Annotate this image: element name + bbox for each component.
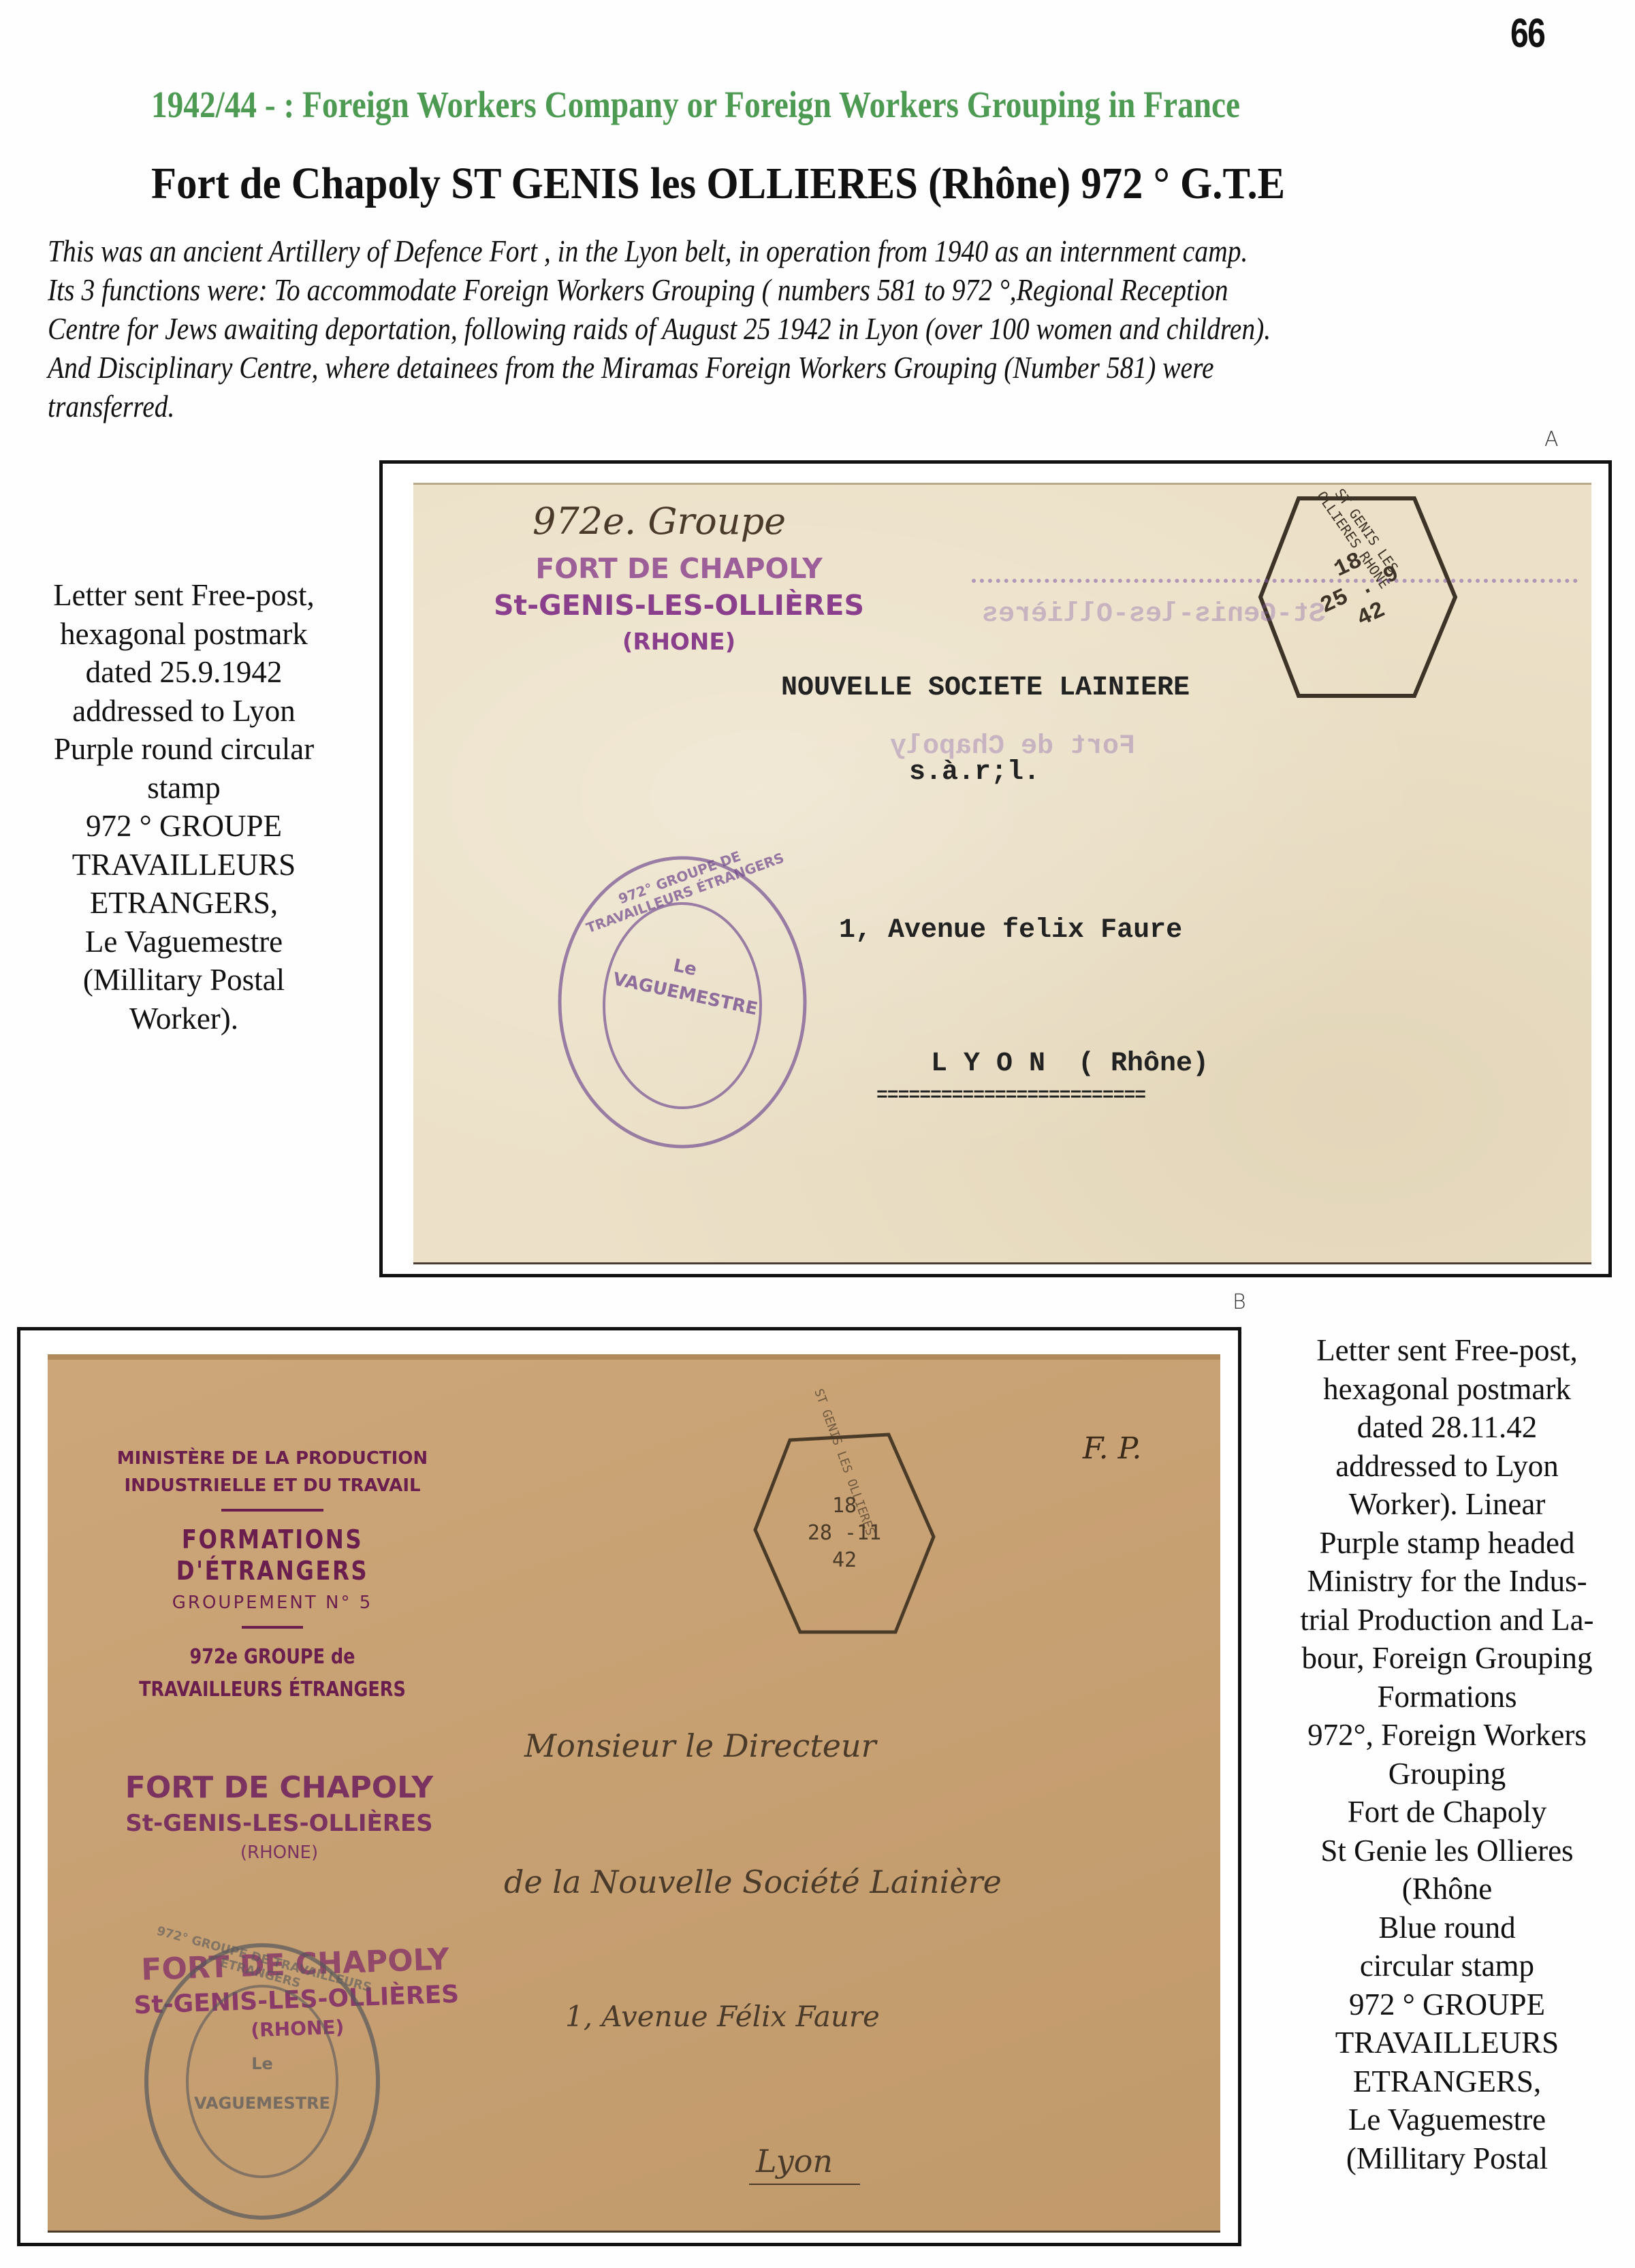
caption-line: TRAVAILLEURS <box>1263 2024 1631 2062</box>
series-heading: 1942/44 - : Foreign Workers Company or F… <box>151 83 1322 126</box>
stamp-line: FORMATIONS D'ÉTRANGERS <box>99 1524 446 1586</box>
round-stamp-center-line: Le <box>187 2044 337 2083</box>
stamp-divider <box>242 1626 303 1629</box>
caption-line: TRAVAILLEURS <box>0 846 368 884</box>
address-line: de la Nouvelle Société Lainière <box>504 1864 1002 1900</box>
address-line: s.à.r;l. <box>909 757 1040 788</box>
page-number: 66 <box>1510 10 1544 57</box>
caption-line: Worker). <box>0 1000 368 1038</box>
caption-line: Blue round <box>1263 1908 1631 1947</box>
caption-line: 972 ° GROUPE <box>0 807 368 846</box>
stamp-line: GROUPEMENT N° 5 <box>68 1586 477 1619</box>
caption-line: hexagonal postmark <box>0 615 368 654</box>
intro-line: Centre for Jews awaiting deportation, fo… <box>48 309 1395 348</box>
caption-line: St Genie les Ollieres <box>1263 1832 1631 1870</box>
stamp-line: MINISTÈRE DE LA PRODUCTION <box>68 1445 477 1472</box>
intro-line: Its 3 functions were: To accommodate For… <box>48 270 1395 309</box>
stamp-line: INDUSTRIELLE ET DU TRAVAIL <box>68 1472 477 1499</box>
manuscript-header: 972e. Groupe <box>533 500 786 543</box>
round-vaguemestre-stamp: Le VAGUEMESTRE 972° GROUPE DE TRAVAILLEU… <box>140 1938 385 2224</box>
cover-b-envelope: F. P. MINISTÈRE DE LA PRODUCTION INDUSTR… <box>48 1354 1220 2233</box>
address-line: 1, Avenue Félix Faure <box>565 2000 880 2033</box>
caption-line: trial Production and La- <box>1263 1601 1631 1640</box>
free-post-mark: F. P. <box>1083 1431 1141 1466</box>
page-title: Fort de Chapoly ST GENIS les OLLIERES (R… <box>151 158 1529 210</box>
stamp-divider <box>221 1509 323 1512</box>
address-line: Lyon <box>749 2143 860 2185</box>
postmark-year: 42 <box>752 1547 936 1574</box>
address-underline: ========================= <box>876 1085 1145 1106</box>
round-stamp-center-line: VAGUEMESTRE <box>187 2083 337 2123</box>
caption-line: Letter sent Free-post, <box>1263 1331 1631 1370</box>
offset-dotted-line <box>972 579 1578 587</box>
cover-a-envelope: 972e. Groupe FORT DE CHAPOLY St-GENIS-LE… <box>413 483 1591 1264</box>
linear-stamp: FORT DE CHAPOLY St-GENIS-LES-OLLIÈRES (R… <box>89 1768 470 1866</box>
cover-b-caption: Letter sent Free-post, hexagonal postmar… <box>1263 1331 1631 2177</box>
intro-line: This was an ancient Artillery of Defence… <box>48 231 1395 270</box>
intro-line: transferred. <box>48 387 1395 426</box>
postmark-hour: 18 <box>752 1492 936 1520</box>
caption-line: Ministry for the Indus- <box>1263 1562 1631 1601</box>
cover-a-marker: A <box>1544 428 1559 451</box>
cover-a-caption: Letter sent Free-post, hexagonal postmar… <box>0 576 368 1038</box>
caption-line: Fort de Chapoly <box>1263 1793 1631 1832</box>
caption-line: Grouping <box>1263 1755 1631 1793</box>
stamp-line: (RHONE) <box>488 624 870 660</box>
stamp-line: FORT DE CHAPOLY <box>89 1768 470 1808</box>
stamp-line: FORT DE CHAPOLY <box>488 550 870 587</box>
caption-line: (Rhône <box>1263 1870 1631 1908</box>
caption-line: hexagonal postmark <box>1263 1370 1631 1409</box>
caption-line: addressed to Lyon <box>1263 1447 1631 1486</box>
address-line: Monsieur le Directeur <box>524 1727 876 1764</box>
caption-line: dated 28.11.42 <box>1263 1408 1631 1447</box>
linear-stamp: FORT DE CHAPOLY St-GENIS-LES-OLLIÈRES (R… <box>488 550 870 660</box>
caption-line: Worker). Linear <box>1263 1485 1631 1524</box>
caption-line: Letter sent Free-post, <box>0 576 368 615</box>
hexagonal-postmark: 18 28 -11 42 ST GENIS LES OLLIERES <box>752 1428 936 1639</box>
caption-line: circular stamp <box>1263 1947 1631 1985</box>
intro-line: And Disciplinary Centre, where detainees… <box>48 348 1395 387</box>
caption-line: Le Vaguemestre <box>0 923 368 961</box>
caption-line: Formations <box>1263 1678 1631 1716</box>
caption-line: Purple stamp headed <box>1263 1524 1631 1563</box>
cover-a-frame: 972e. Groupe FORT DE CHAPOLY St-GENIS-LE… <box>379 460 1612 1277</box>
round-vaguemestre-stamp: Le VAGUEMESTRE 972° GROUPE DE TRAVAILLEU… <box>553 852 812 1152</box>
stamp-line: St-GENIS-LES-OLLIÈRES <box>89 1808 470 1839</box>
caption-line: Le Vaguemestre <box>1263 2101 1631 2139</box>
hexagonal-postmark: 18 25 . 9 42 ST GENIS LES OLLIERES RHONE <box>1258 485 1462 709</box>
caption-line: bour, Foreign Grouping <box>1263 1639 1631 1678</box>
caption-line: ETRANGERS, <box>0 884 368 923</box>
stamp-line: (RHONE) <box>89 1839 470 1866</box>
address-line: 1, Avenue felix Faure <box>839 915 1182 946</box>
caption-line: (Millitary Postal <box>0 961 368 1000</box>
address-line: L Y O N ( Rhône) <box>931 1049 1209 1079</box>
caption-line: Purple round circular <box>0 730 368 769</box>
postmark-date: 28 -11 <box>752 1520 936 1547</box>
caption-line: (Millitary Postal <box>1263 2139 1631 2178</box>
caption-line: ETRANGERS, <box>1263 2062 1631 2101</box>
ministry-stamp: MINISTÈRE DE LA PRODUCTION INDUSTRIELLE … <box>68 1445 477 1706</box>
stamp-line: St-GENIS-LES-OLLIÈRES <box>488 587 870 624</box>
caption-line: 972 ° GROUPE <box>1263 1985 1631 2024</box>
caption-line: dated 25.9.1942 <box>0 653 368 692</box>
stamp-line: TRAVAILLEURS ÉTRANGERS <box>99 1674 446 1706</box>
offset-mirror-text: St-Genis-les-Ollières <box>982 599 1325 630</box>
caption-line: stamp <box>0 769 368 808</box>
cover-b-frame: F. P. MINISTÈRE DE LA PRODUCTION INDUSTR… <box>17 1327 1241 2246</box>
address-line: NOUVELLE SOCIETE LAINIERE <box>781 673 1190 703</box>
intro-paragraph: This was an ancient Artillery of Defence… <box>48 231 1395 426</box>
cover-b-marker: B <box>1233 1290 1246 1314</box>
caption-line: 972°, Foreign Workers <box>1263 1716 1631 1755</box>
stamp-line: 972e GROUPE de <box>99 1641 446 1674</box>
caption-line: addressed to Lyon <box>0 692 368 731</box>
